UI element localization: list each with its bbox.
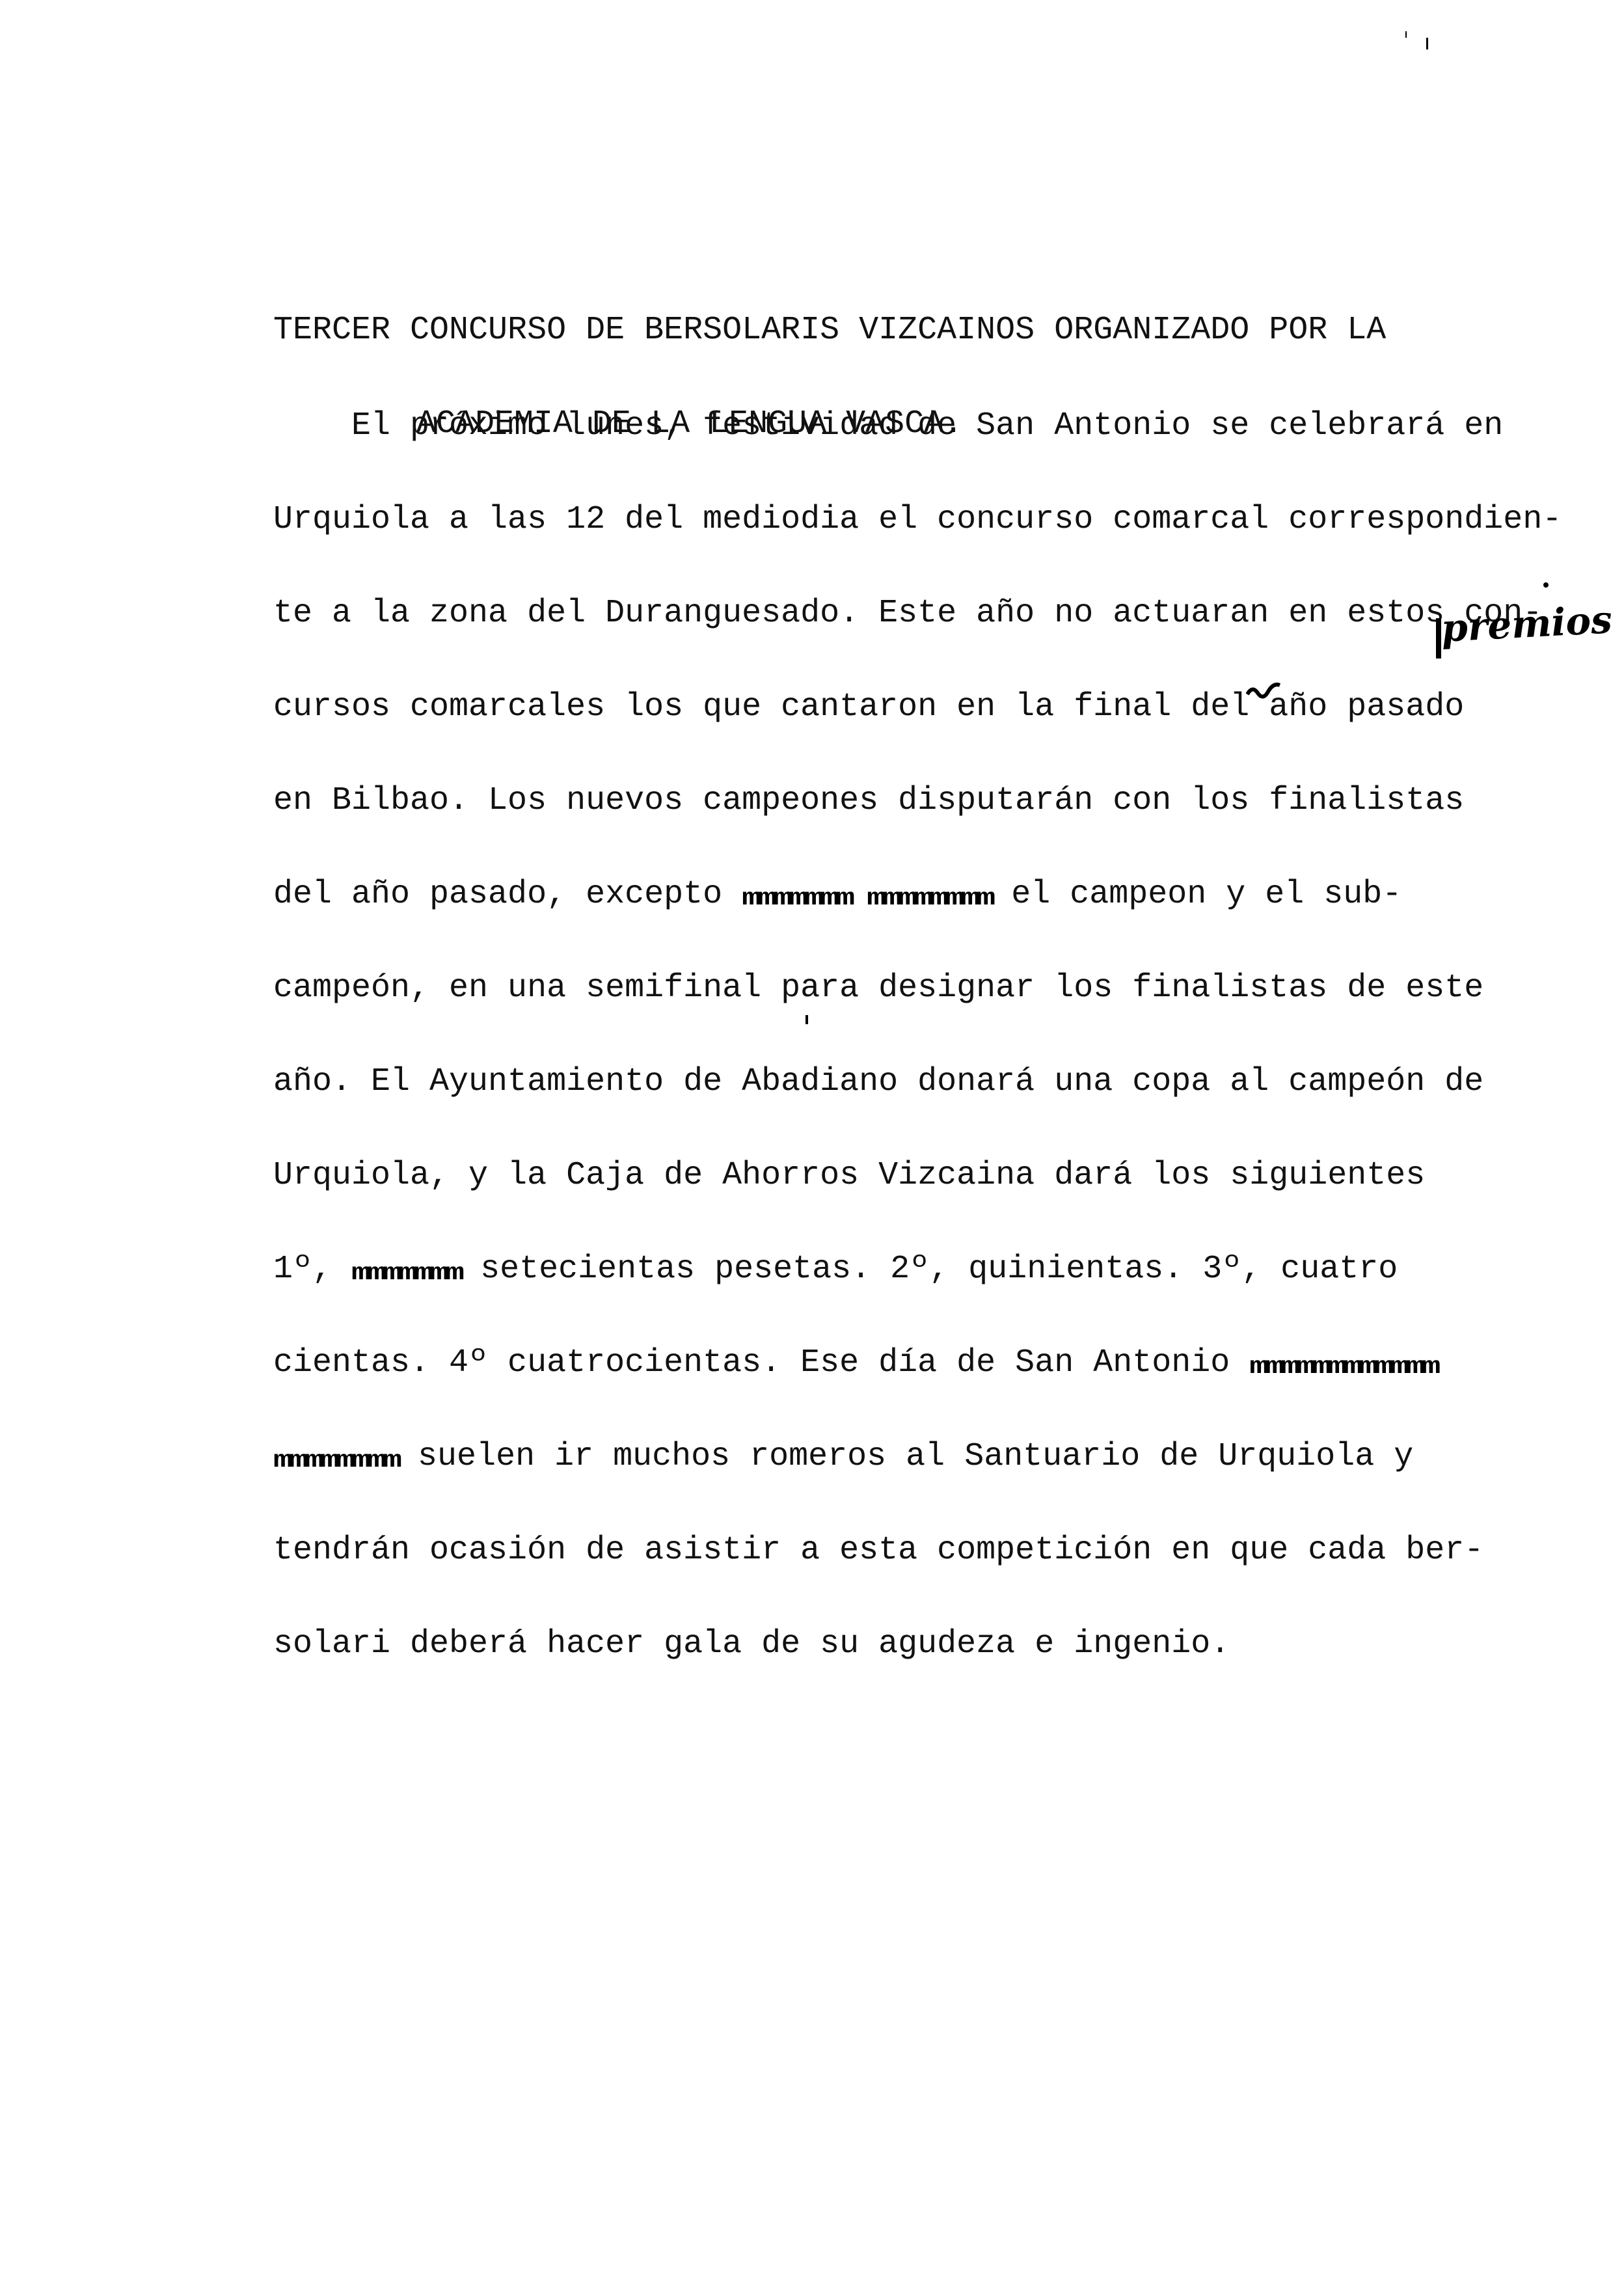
struck-out-text: mmmmmmm [351,1262,461,1285]
title-line-1: TERCER CONCURSO DE BERSOLARIS VIZCAINOS … [273,315,1386,346]
struck-out-text: mmmmmmm mmmmmmmm [742,887,992,910]
body-line-14: solari deberá hacer gala de su agudeza e… [273,1629,1562,1660]
scanned-document-page: TERCER CONCURSO DE BERSOLARIS VIZCAINOS … [0,0,1624,2282]
body-line-11-start: cientas. 4º cuatrocientas. Ese día de Sa… [273,1344,1230,1381]
body-line-4: cursos comarcales los que cantaron en la… [273,692,1562,723]
body-line-7: campeón, en una semifinal para designar … [273,973,1562,1004]
scan-speck [805,1015,808,1024]
body-line-2: Urquiola a las 12 del mediodia el concur… [273,504,1562,536]
body-line-10-start: 1º, [273,1251,332,1288]
body-line-5: en Bilbao. Los nuevos campeones disputar… [273,785,1562,817]
struck-out-text: mmmmmmmmmmmm [1249,1355,1437,1379]
body-line-11: cientas. 4º cuatrocientas. Ese día de Sa… [273,1348,1562,1379]
body-line-9: Urquiola, y la Caja de Ahorros Vizcaina … [273,1160,1562,1191]
body-line-1: El próximo lunes, festividad de San Anto… [273,411,1562,442]
body-line-10: 1º, mmmmmmm setecientas pesetas. 2º, qui… [273,1254,1562,1285]
scan-speck [1543,582,1549,588]
body-line-6-end: el campeon y el sub- [992,876,1401,913]
scan-speck [1426,38,1428,49]
document-body: El próximo lunes, festividad de San Anto… [273,348,1562,1722]
body-line-8: año. El Ayuntamiento de Abadiano donará … [273,1066,1562,1098]
body-line-10-end: setecientas pesetas. 2º, quinientas. 3º,… [461,1251,1398,1288]
handwritten-annotation: premios [1440,597,1613,651]
body-line-3: te a la zona del Duranguesado. Este año … [273,598,1562,629]
body-line-12-end: suelen ir muchos romeros al Santuario de… [398,1438,1413,1475]
body-line-13: tendrán ocasión de asistir a esta compet… [273,1535,1562,1566]
body-line-12: mmmmmmmm suelen ir muchos romeros al San… [273,1441,1562,1473]
scan-speck [1405,31,1407,38]
handwritten-squiggle-icon [1246,680,1285,700]
body-line-6: del año pasado, excepto mmmmmmm mmmmmmmm… [273,879,1562,910]
insertion-caret-mark [1436,618,1441,659]
struck-out-text: mmmmmmmm [273,1449,398,1473]
body-line-6-start: del año pasado, excepto [273,876,722,913]
